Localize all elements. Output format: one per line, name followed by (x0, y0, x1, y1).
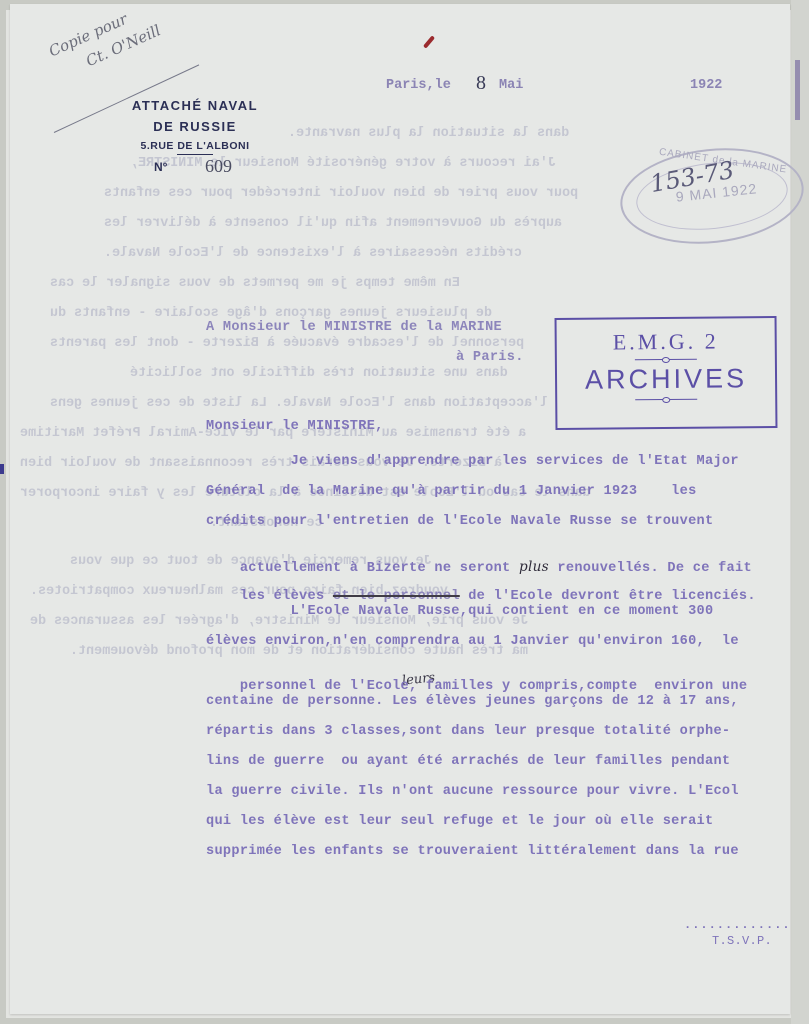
archives-stamp-rule (635, 359, 697, 361)
body-line: Je viens d'apprendre par les services de… (206, 454, 739, 469)
addressee-line-1: A Monsieur le MINISTRE de la MARINE (206, 320, 502, 335)
letterhead-number-label: N° (154, 160, 167, 174)
bleed-through-line: l'acceptation dans l'Ecole Navale. La li… (50, 396, 548, 411)
folder-mark (795, 60, 800, 120)
body-text: familles y compris,compte environ une (417, 679, 747, 694)
date-day: 8 (476, 72, 486, 95)
body-line: répartis dans 3 classes,sont dans leur p… (206, 724, 730, 739)
letter-page: dans la situation la plus navrante. J'ai… (10, 4, 790, 1014)
footer-dots: ............. (684, 918, 791, 932)
letterhead: ATTACHÉ NAVAL DE RUSSIE 5.RUE DE L'ALBON… (110, 98, 280, 155)
archives-stamp-code: E.M.G. 2 (557, 328, 775, 356)
letterhead-subtitle: DE RUSSIE (110, 119, 280, 134)
letterhead-number-value: 609 (205, 156, 232, 177)
bleed-through-line: personnel de l'escadre évacuée à Bizerte… (50, 336, 524, 351)
handwritten-insert: plus (519, 559, 549, 575)
body-line: centaine de personne. Les élèves jeunes … (206, 694, 739, 709)
margin-ink-mark (0, 464, 4, 474)
continuation-note: T.S.V.P. (712, 934, 772, 948)
letterhead-rule (177, 154, 213, 155)
body-line: Général de la Marine qu'à partir du 1 Ja… (206, 484, 697, 499)
date-year: 1922 (690, 78, 722, 93)
red-pencil-mark (423, 35, 435, 48)
date-month: Mai (499, 78, 523, 93)
body-line: crédits pour l'entretien de l'Ecole Nava… (206, 514, 713, 529)
body-line: supprimée les enfants se trouveraient li… (206, 844, 739, 859)
body-line: qui les élève est leur seul refuge et le… (206, 814, 713, 829)
date-city: Paris,le (386, 78, 451, 93)
bleed-through-line: crédits nécessaires à l'existence de l'E… (104, 246, 522, 261)
bleed-through-line: de plusieurs jeunes garçons d'âge scolai… (50, 306, 492, 321)
body-text: les élèves (240, 589, 325, 604)
struck-text: et le personnel (333, 589, 460, 604)
body-line: la guerre civile. Ils n'ont aucune resso… (206, 784, 739, 799)
handwritten-copy-note: Copie pour Ct. O'Neill (46, 0, 163, 82)
letterhead-title: ATTACHÉ NAVAL (110, 98, 280, 113)
archives-stamp-rule (635, 399, 697, 401)
body-line: lins de guerre ou ayant été arrachés de … (206, 754, 730, 769)
body-text: personnel de l'Ecole, (240, 679, 418, 694)
body-line: L'Ecole Navale Russe,qui contient en ce … (206, 604, 713, 619)
archives-stamp-label: ARCHIVES (557, 363, 775, 396)
archives-stamp: E.M.G. 2 ARCHIVES (555, 316, 778, 430)
addressee-line-2: à Paris. (456, 350, 524, 365)
bleed-through-line: En même temps je me permets de vous sign… (50, 276, 460, 291)
body-text: de l'Ecole devront être licenciés. (460, 589, 756, 604)
bleed-through-line: dans une situation très difficile ont so… (130, 366, 508, 381)
adjacent-folder-edge (791, 0, 809, 1024)
bleed-through-line: J'ai recours à votre générosité Monsieur… (130, 156, 556, 171)
salutation: Monsieur le MINISTRE, (206, 419, 384, 434)
bleed-through-line: auprès du Gouvernement afin qu'il consen… (104, 216, 562, 231)
received-stamp: CABINET de la MARINE 9 MAI 1922 153-73 (616, 140, 809, 253)
letterhead-address: 5.RUE DE L'ALBONI (110, 140, 280, 152)
bleed-through-line: dans la situation la plus navrante. (288, 126, 569, 141)
body-line: élèves environ,n'en comprendra au 1 Janv… (206, 634, 739, 649)
bleed-through-line: pour vous prier de bien vouloir intercéd… (104, 186, 578, 201)
